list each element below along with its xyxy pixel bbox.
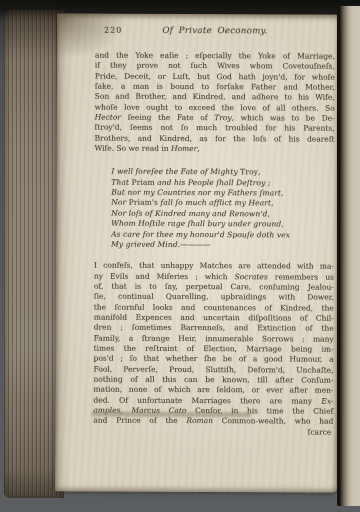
ink-smudge: [91, 412, 251, 418]
page-header: 220 Of Private Oeconomy.: [95, 26, 335, 40]
book-scan: 220 Of Private Oeconomy. and the Yoke ea…: [0, 0, 360, 512]
text-line: Son and Brother, and Kindred, and adhere…: [95, 92, 335, 103]
text-line: ſie, continual Quarelling, upbraidings w…: [94, 292, 334, 303]
text-line: Wife. So we read in Homer,: [94, 144, 334, 155]
facing-page-edge: [337, 6, 360, 506]
verse-quote: I well foreſee the Fate of Mighty Troy,T…: [111, 167, 334, 251]
text-line: dren ; ſometimes Barrenneſs, and Extinct…: [94, 323, 334, 334]
text-line: Nor Priam's fall ſo much afflict my Hear…: [111, 198, 334, 209]
book-page: 220 Of Private Oeconomy. and the Yoke ea…: [55, 13, 339, 492]
catchword: ſcarce: [93, 426, 333, 437]
body-paragraph-2: I confeſs, that unhappy Matches are atte…: [93, 261, 334, 428]
text-line: I confeſs, that unhappy Matches are atte…: [94, 261, 334, 272]
text-line: ſtroy'd, ſeems not ſo much troubled for …: [95, 123, 335, 134]
text-block: 220 Of Private Oeconomy. and the Yoke ea…: [93, 26, 335, 438]
text-line: if they prove not ſuch Wives whom Coveto…: [95, 61, 335, 72]
text-line: As care for thee my honour'd Spouſe doth…: [111, 229, 334, 240]
body-paragraph-1: and the Yoke eaſie ; eſpecially the Yoke…: [94, 51, 334, 155]
text-line: Whom Hoſtile rage ſhall bury under groun…: [111, 219, 334, 230]
text-line: and Prince of the Roman Common-wealth, w…: [93, 416, 333, 427]
text-line: My grieved Mind.————: [111, 239, 334, 250]
text-line: mation, none of which are ſeldom, or eve…: [93, 385, 333, 396]
text-line: pos'd ; ſo that whether ſhe be of a good…: [94, 354, 334, 365]
running-title: Of Private Oeconomy.: [95, 26, 335, 37]
